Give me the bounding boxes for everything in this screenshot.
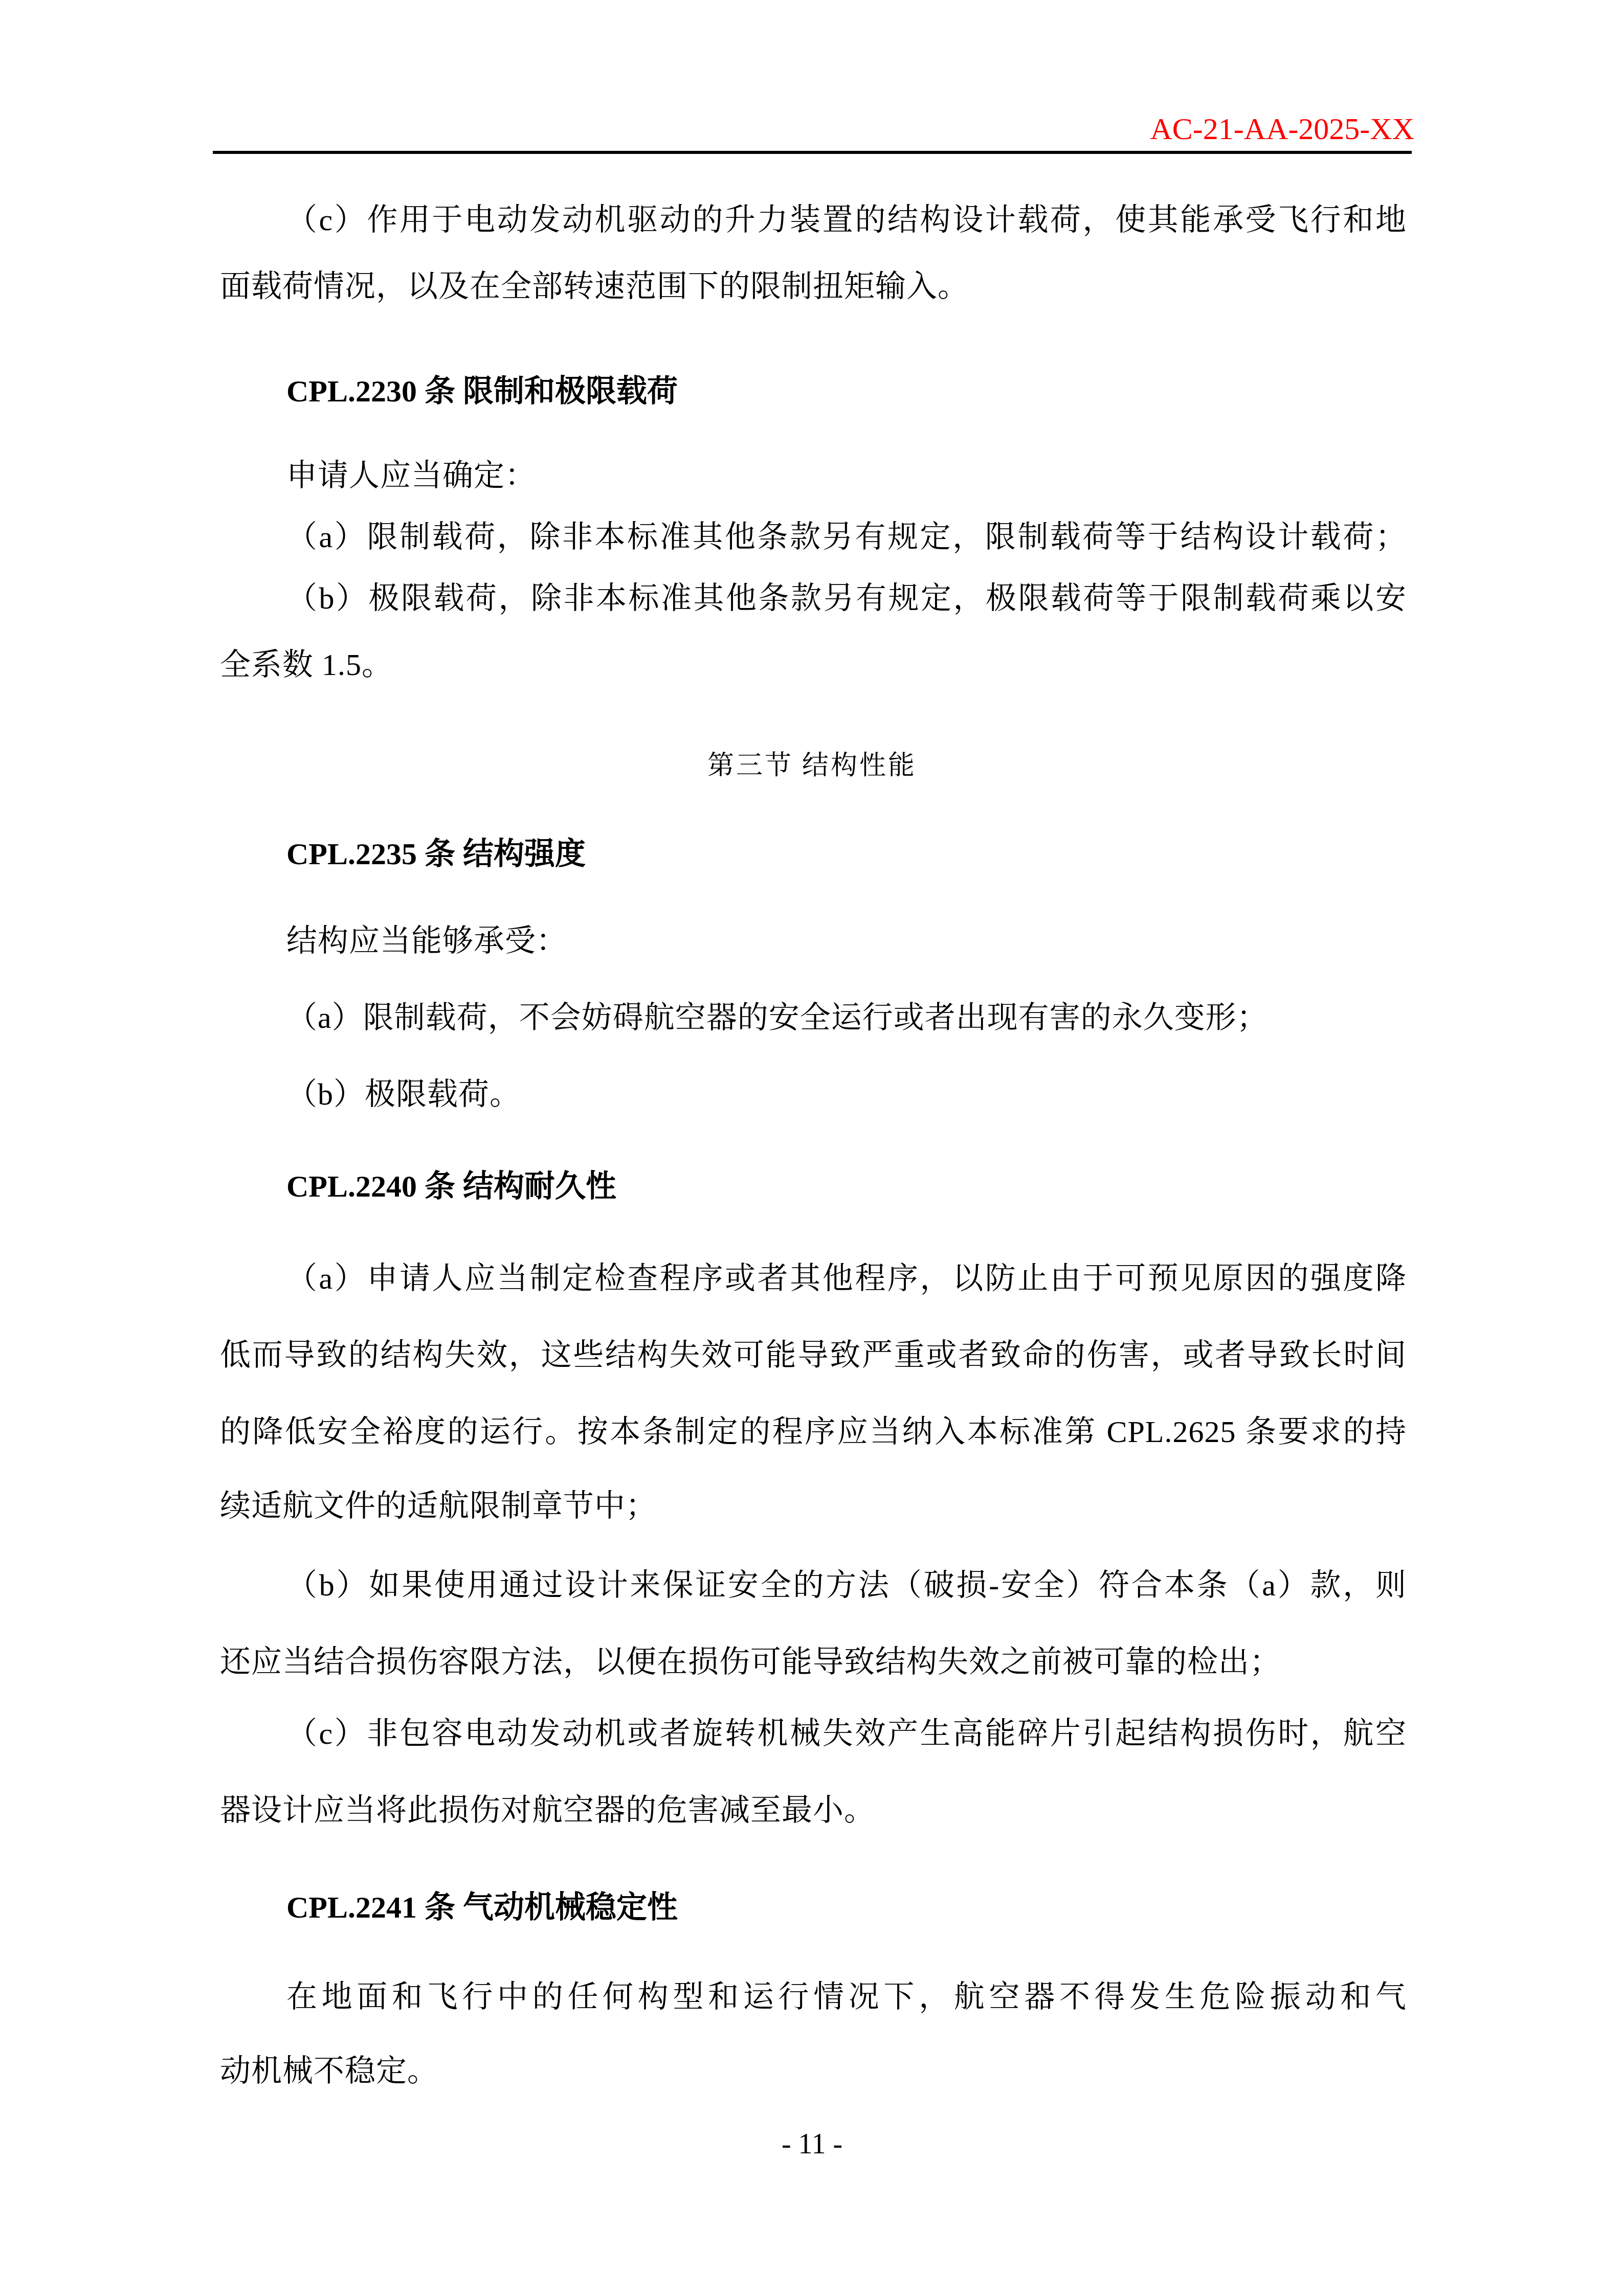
header-rule (213, 151, 1412, 154)
paragraph-lead: 申请人应当确定： (286, 460, 536, 491)
list-item-a-line4: 续适航文件的适航限制章节中； (220, 1491, 657, 1521)
list-item-a: （a）限制载荷，除非本标准其他条款另有规定，限制载荷等于结构设计载荷； (286, 522, 1407, 552)
article-heading-cpl2240: CPL.2240 条 结构耐久性 (286, 1171, 616, 1202)
article-heading-cpl2230: CPL.2230 条 限制和极限载荷 (286, 376, 678, 407)
document-id: AC-21-AA-2025-XX (1150, 114, 1414, 144)
paragraph-lead: 结构应当能够承受： (286, 926, 567, 956)
list-item-a: （a）限制载荷，不会妨碍航空器的安全运行或者出现有害的永久变形； (286, 1002, 1268, 1033)
list-item-b-line2: 还应当结合损伤容限方法，以便在损伤可能导致结构失效之前被可靠的检出； (220, 1647, 1281, 1677)
paragraph-line1: 在地面和飞行中的任何构型和运行情况下，航空器不得发生危险振动和气 (286, 1982, 1407, 2012)
page-number: - 11 - (0, 2130, 1624, 2158)
list-item-c-line1: （c）非包容电动发动机或者旋转机械失效产生高能碎片引起结构损伤时，航空 (286, 1718, 1407, 1749)
article-heading-cpl2235: CPL.2235 条 结构强度 (286, 839, 586, 869)
article-heading-cpl2241: CPL.2241 条 气动机械稳定性 (286, 1892, 678, 1923)
paragraph-c-line1: （c）作用于电动发动机驱动的升力装置的结构设计载荷，使其能承受飞行和地 (286, 205, 1407, 235)
paragraph-c-line2: 面载荷情况，以及在全部转速范围下的限制扭矩输入。 (220, 271, 969, 302)
list-item-c-line2: 器设计应当将此损伤对航空器的危害减至最小。 (220, 1795, 875, 1826)
section-title: 第三节 结构性能 (0, 753, 1624, 779)
paragraph-line2: 动机械不稳定。 (220, 2056, 438, 2086)
list-item-b-line2: 全系数 1.5。 (220, 649, 393, 680)
list-item-b-line1: （b）如果使用通过设计来保证安全的方法（破损-安全）符合本条（a）款，则 (286, 1570, 1407, 1601)
list-item-a-line3: 的降低安全裕度的运行。按本条制定的程序应当纳入本标准第 CPL.2625 条要求… (220, 1416, 1407, 1447)
list-item-b: （b）极限载荷。 (286, 1079, 521, 1110)
list-item-a-line2: 低而导致的结构失效，这些结构失效可能导致严重或者致命的伤害，或者导致长时间 (220, 1340, 1407, 1370)
list-item-a-line1: （a）申请人应当制定检查程序或者其他程序，以防止由于可预见原因的强度降 (286, 1263, 1407, 1294)
list-item-b-line1: （b）极限载荷，除非本标准其他条款另有规定，极限载荷等于限制载荷乘以安 (286, 583, 1407, 614)
